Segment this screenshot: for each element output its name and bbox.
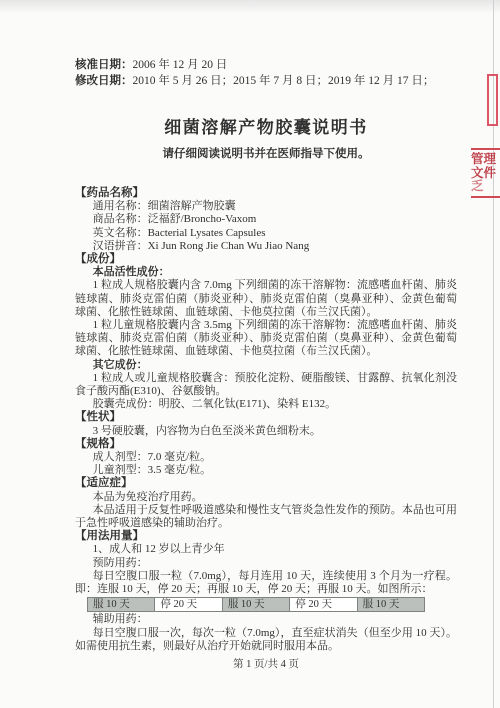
revision-date-line: 修改日期：2010 年 5 月 26 日；2015 年 7 月 8 日；2019… <box>75 73 457 89</box>
schedule-cell-take-2: 服 10 天 <box>222 598 289 611</box>
document-subtitle: 请仔细阅读说明书并在医师指导下使用。 <box>75 145 457 161</box>
revision-date-label: 修改日期： <box>75 75 133 87</box>
stamp-line-1: 管理 <box>471 153 500 167</box>
dosage-adjuvant-title: 辅助用药： <box>75 613 457 626</box>
composition-active-title: 本品活性成份： <box>75 266 457 279</box>
section-heading-strength: 【规格】 <box>75 438 457 451</box>
approval-date-line: 核准日期：2006 年 12 月 20 日 <box>75 57 457 73</box>
dosage-adjuvant-paragraph: 每日空腹口服一次，每次一粒（7.0mg），直至症状消失（但至少用 10 天）。如… <box>75 627 457 653</box>
scanned-drug-leaflet-page: 核准日期：2006 年 12 月 20 日 修改日期：2010 年 5 月 26… <box>0 0 500 708</box>
dosage-schedule-table: 服 10 天 停 20 天 服 10 天 停 20 天 服 10 天 <box>87 597 425 612</box>
composition-other-title: 其它成份： <box>75 359 457 372</box>
page-content: 核准日期：2006 年 12 月 20 日 修改日期：2010 年 5 月 26… <box>75 57 457 671</box>
section-heading-indications: 【适应症】 <box>75 477 457 490</box>
composition-excipients-paragraph: 1 粒成人或儿童规格胶囊含：预胶化淀粉、硬脂酸镁、甘露醇、抗氧化剂没食子酸丙酯(… <box>75 372 457 398</box>
dosage-prevention-paragraph: 每日空腹口服一粒（7.0mg），每月连用 10 天，连续使用 3 个月为一疗程。… <box>75 570 457 596</box>
trade-name-value: 泛福舒/Broncho-Vaxom <box>148 213 257 225</box>
pinyin-name-value: Xi Jun Rong Jie Chan Wu Jiao Nang <box>148 240 310 252</box>
section-heading-properties: 【性状】 <box>75 411 457 424</box>
schedule-cell-take-3: 服 10 天 <box>357 598 424 611</box>
red-control-stamp: 管理 文件 乏 <box>471 148 500 198</box>
composition-child-paragraph: 1 粒儿童规格胶囊内含 3.5mg 下列细菌的冻干溶解物：流感嗜血杆菌、肺炎链球… <box>75 319 457 359</box>
schedule-cell-stop-2: 停 20 天 <box>289 598 356 611</box>
stamp-line-3: 乏 <box>471 180 500 194</box>
section-heading-drug-name: 【药品名称】 <box>75 187 457 200</box>
leaflet-body: 【药品名称】 通用名称：细菌溶解产物胶囊 商品名称：泛福舒/Broncho-Va… <box>75 187 457 671</box>
section-heading-composition: 【成份】 <box>75 253 457 266</box>
composition-adult-paragraph: 1 粒成人规格胶囊内含 7.0mg 下列细菌的冻干溶解物：流感嗜血杆菌、肺炎链球… <box>75 279 457 319</box>
revision-date-value: 2010 年 5 月 26 日；2015 年 7 月 8 日；2019 年 12… <box>133 75 435 87</box>
field-generic-name: 通用名称：细菌溶解产物胶囊 <box>75 200 457 213</box>
indications-paragraph-1: 本品为免疫治疗用药。 <box>75 491 457 504</box>
field-english-name: 英文名称：Bacterial Lysates Capsules <box>75 227 457 240</box>
trade-name-label: 商品名称： <box>93 213 148 225</box>
section-heading-dosage: 【用法用量】 <box>75 530 457 543</box>
english-name-value: Bacterial Lysates Capsules <box>148 227 266 239</box>
approval-date-value: 2006 年 12 月 20 日 <box>133 59 228 71</box>
stamp-line-2: 文件 <box>471 167 500 181</box>
field-trade-name: 商品名称：泛福舒/Broncho-Vaxom <box>75 213 457 226</box>
generic-name-value: 细菌溶解产物胶囊 <box>148 200 236 212</box>
properties-paragraph: 3 号硬胶囊，内容物为白色至淡米黄色细粉末。 <box>75 425 457 438</box>
strength-child-line: 儿童剂型：3.5 毫克/粒。 <box>75 464 457 477</box>
composition-shell-paragraph: 胶囊壳成份：明胶、二氧化钛(E171)、染料 E132。 <box>75 398 457 411</box>
page-footer: 第 1 页/共 4 页 <box>75 658 457 671</box>
approval-date-label: 核准日期： <box>75 59 133 71</box>
document-title: 细菌溶解产物胶囊说明书 <box>75 113 457 138</box>
field-pinyin-name: 汉语拼音：Xi Jun Rong Jie Chan Wu Jiao Nang <box>75 240 457 253</box>
dosage-group1-line: 1、成人和 12 岁以上青少年 <box>75 543 457 556</box>
schedule-cell-stop-1: 停 20 天 <box>154 598 221 611</box>
dosage-prevention-title: 预防用药： <box>75 557 457 570</box>
strength-adult-line: 成人剂型：7.0 毫克/粒。 <box>75 451 457 464</box>
english-name-label: 英文名称： <box>93 227 148 239</box>
date-block: 核准日期：2006 年 12 月 20 日 修改日期：2010 年 5 月 26… <box>75 57 457 89</box>
pinyin-name-label: 汉语拼音： <box>93 240 148 252</box>
indications-paragraph-2: 本品适用于反复性呼吸道感染和慢性支气管炎急性发作的预防。本品也可用于急性呼吸道感… <box>75 504 457 530</box>
generic-name-label: 通用名称： <box>93 200 148 212</box>
scan-top-shadow <box>0 0 500 14</box>
schedule-cell-take-1: 服 10 天 <box>88 598 154 611</box>
red-stamp-box <box>487 74 498 126</box>
